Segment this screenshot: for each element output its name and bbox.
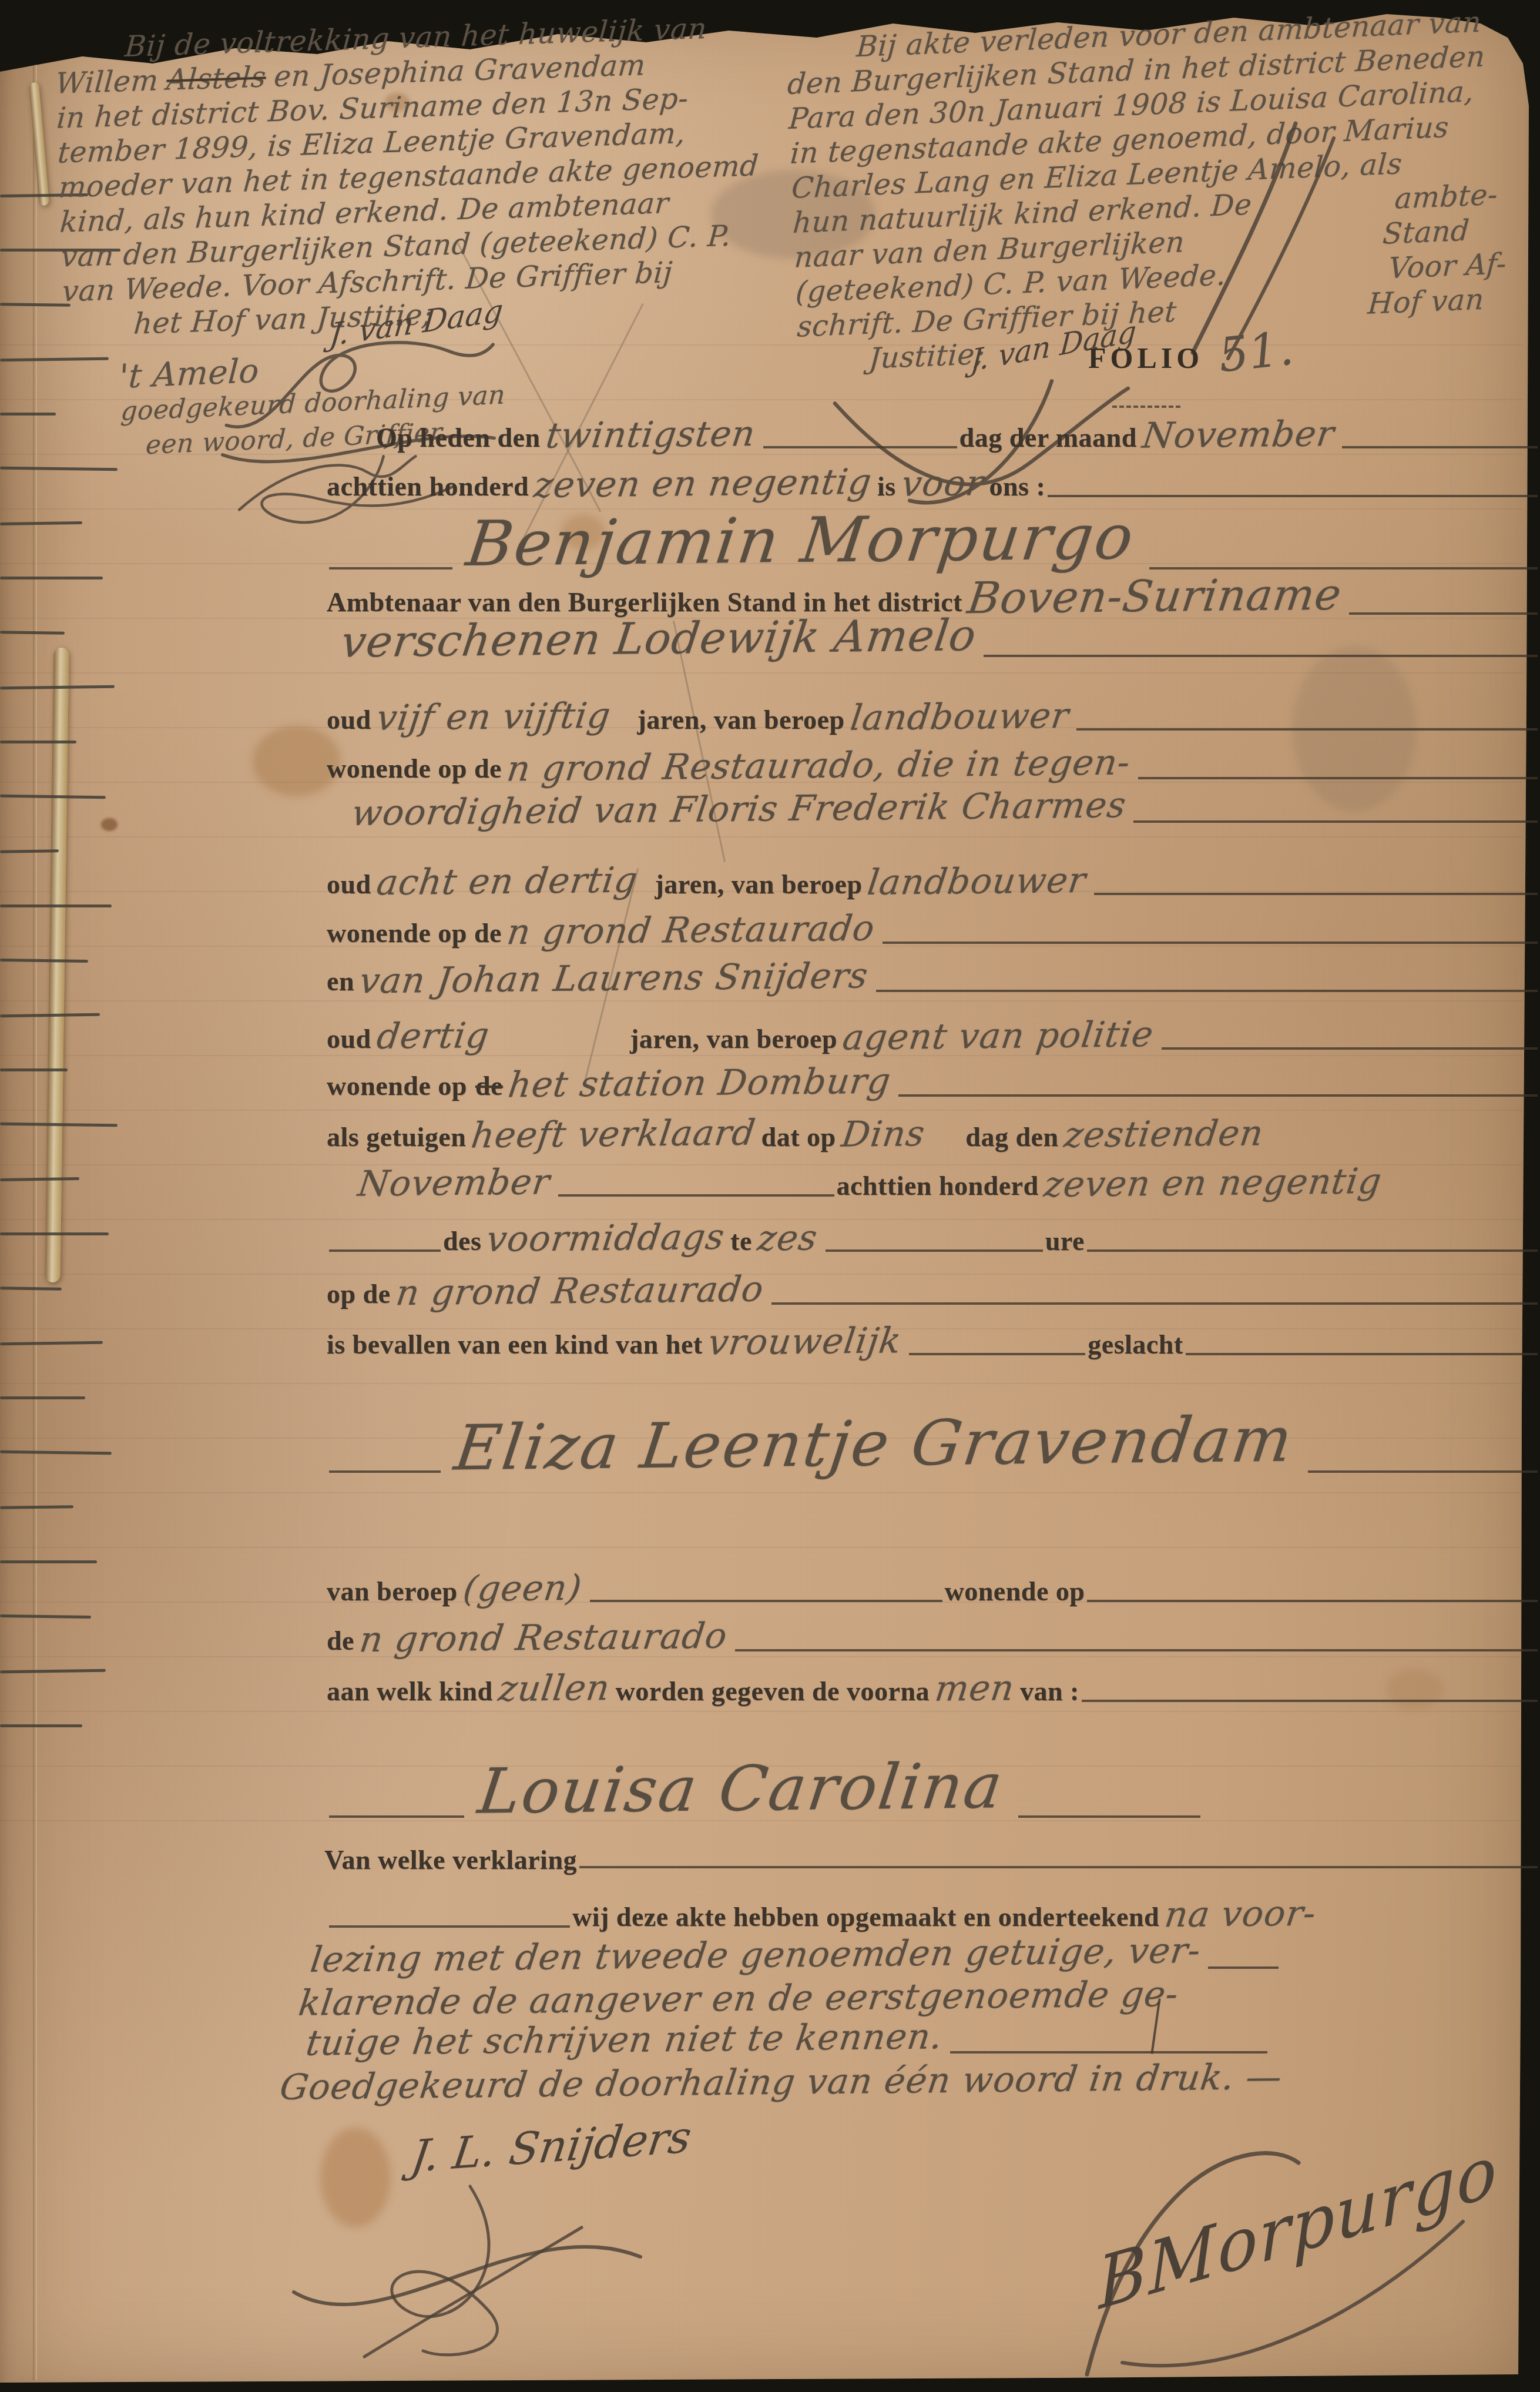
- printed-text: dat op: [761, 1121, 836, 1153]
- form-rule: [579, 1866, 1538, 1868]
- form-rule: [1308, 1470, 1538, 1473]
- form-rule: [558, 1194, 834, 1197]
- printed-text: jaren, van beroep: [630, 1023, 837, 1054]
- struck-printed-word: de: [475, 1070, 503, 1101]
- child-given-names: Louisa Carolina: [461, 1750, 1021, 1828]
- handwritten-entry: voor: [893, 463, 992, 505]
- act-line-witness-1: woordigheid van Floris Frederik Charmes: [347, 789, 1540, 830]
- form-rule: [1342, 446, 1538, 448]
- handwritten-entry: acht en dertig: [368, 860, 646, 904]
- act-line-mother-occupation: van beroep (geen) wonende op: [327, 1568, 1540, 1609]
- printed-text: van beroep: [327, 1576, 458, 1607]
- form-rule: [1186, 1353, 1538, 1355]
- printed-text: oud: [327, 704, 371, 735]
- stitch-line: [0, 1068, 68, 1071]
- form-rule: [590, 1600, 942, 1602]
- printed-text: Van welke verklaring: [324, 1844, 577, 1875]
- act-line-registrar-name: Benjamin Morpurgo: [327, 504, 1540, 577]
- printed-text: worden gegeven de voorna: [615, 1676, 930, 1707]
- form-rule: [329, 1925, 570, 1928]
- act-line-sex: is bevallen van een kind van het vrouwel…: [327, 1321, 1540, 1362]
- handwritten-entry: zullen: [490, 1667, 618, 1710]
- handwritten-text: ambte-: [1394, 177, 1499, 216]
- stitch-line: [0, 741, 76, 743]
- handwritten-entry: n grond Restaurado, die in tegen-: [499, 742, 1139, 789]
- printed-text: oud: [327, 1023, 371, 1054]
- printed-text: jaren, van beroep: [637, 704, 844, 735]
- registrar-signature-flourish: [1052, 2128, 1498, 2386]
- form-rule: [771, 1302, 1538, 1305]
- handwritten-entry: November: [350, 1161, 558, 1205]
- act-line-age-3: oud dertig jaren, van beroep agent van p…: [327, 1016, 1540, 1057]
- form-rule: [984, 655, 1538, 657]
- form-rule: [763, 446, 957, 448]
- act-line-given-names-intro: aan welk kind zullen worden gegeven de v…: [327, 1668, 1540, 1709]
- struck-through-word: Alstels: [165, 59, 267, 97]
- fox-spot: [101, 818, 118, 831]
- form-rule: [329, 1470, 441, 1473]
- form-rule: [1048, 495, 1538, 497]
- stitch-line: [0, 1232, 109, 1235]
- act-line-declaration: als getuigen heeft verklaard dat op Dins…: [327, 1114, 1540, 1155]
- form-rule: [1076, 728, 1538, 731]
- margin-note-1908-recognition: Bij akte verleden voor den ambtenaar van…: [786, 3, 1528, 378]
- act-line-child-names: Louisa Carolina: [327, 1753, 1540, 1825]
- act-line-closing-hw-2: klarende de aangever en de eerstgenoemde…: [294, 1978, 1540, 2019]
- margin-note-1899-recognition: Bij de voltrekking van het huwelijk van …: [54, 8, 798, 343]
- form-rule: [1087, 1600, 1538, 1602]
- act-line-birth-place: op de n grond Restaurado: [327, 1271, 1540, 1312]
- form-rule: [1087, 1249, 1538, 1252]
- printed-text: wonende op de: [327, 917, 502, 949]
- handwritten-entry: zeven en negentig: [526, 461, 880, 506]
- printed-text: van :: [1020, 1676, 1079, 1707]
- handwritten-entry: dertig: [368, 1015, 498, 1057]
- handwritten-text: lezing met den tweede genoemden getuige,…: [302, 1930, 1209, 1981]
- handwritten-text: Hof van: [1367, 282, 1485, 321]
- handwritten-entry: twintigsten: [538, 413, 764, 457]
- folio-number: FOLIO 51.: [1088, 324, 1293, 379]
- printed-text: aan welk kind: [327, 1676, 493, 1707]
- form-rule: [1133, 820, 1538, 823]
- folio-underline: [1112, 406, 1180, 408]
- form-rule: [1162, 1047, 1538, 1050]
- printed-text: wij deze akte hebben opgemaakt en ondert…: [572, 1901, 1159, 1932]
- photo-of-register-page: Bij de voltrekking van het huwelijk van …: [0, 0, 1540, 2392]
- act-line-birth-month: November achttien honderd zeven en negen…: [353, 1163, 1540, 1204]
- handwritten-entry: landbouwer: [842, 695, 1077, 739]
- mother-name: Eliza Leentje Gravendam: [438, 1403, 1311, 1484]
- printed-text: dag den: [965, 1121, 1058, 1153]
- printed-text: en: [327, 966, 354, 997]
- witness-signature-flourish: [276, 2175, 676, 2368]
- handwritten-entry: zeven en negentig: [1036, 1161, 1390, 1205]
- form-rule: [909, 1353, 1085, 1355]
- act-line-closing-hw-3: tuige het schrijven niet te kennen.: [301, 2019, 1540, 2061]
- handwritten-entry: November: [1134, 413, 1343, 457]
- stitch-line: [0, 1724, 82, 1727]
- handwritten-entry: vrouwelijk: [700, 1320, 910, 1363]
- printed-text: oud: [327, 869, 371, 900]
- vertical-fold-crease: [33, 65, 37, 2380]
- handwritten-text: Voor Af-: [1387, 246, 1507, 286]
- act-line-declarant: verschenen Lodewijk Amelo: [336, 614, 1540, 664]
- handwritten-entry: vijf en vijftig: [368, 695, 619, 739]
- handwritten-text: 't Amelo: [118, 354, 260, 395]
- handwritten-text: Stand: [1381, 213, 1471, 252]
- declarant-name: verschenen Lodewijk Amelo: [333, 610, 985, 667]
- form-rule: [1082, 1700, 1538, 1702]
- form-rule: [826, 1249, 1043, 1252]
- act-line-date: Op heden den twintigsten dag der maand N…: [376, 414, 1540, 455]
- form-rule: [1138, 777, 1538, 779]
- act-line-residence-1: wonende op de n grond Restaurado, die in…: [327, 745, 1540, 786]
- act-line-residence-2: wonende op de n grond Restaurado: [327, 910, 1540, 951]
- printed-text: jaren, van beroep: [655, 869, 862, 900]
- act-line-witness-2: en van Johan Laurens Snijders: [327, 958, 1540, 999]
- registrar-name: Benjamin Morpurgo: [449, 501, 1152, 580]
- printed-text: geslacht: [1088, 1329, 1183, 1360]
- handwritten-entry: na voor-: [1156, 1893, 1324, 1936]
- form-rule: [1208, 1966, 1279, 1969]
- printed-text: achttien honderd: [837, 1170, 1039, 1201]
- handwritten-entry: voormiddags: [479, 1217, 733, 1260]
- printed-text: op de: [327, 1278, 391, 1309]
- handwritten-text: klarende de aangever en de eerstgenoemde…: [290, 1974, 1187, 2024]
- handwritten-entry: men: [927, 1667, 1022, 1710]
- printed-text: te: [730, 1225, 752, 1257]
- handwritten-entry: Dins: [833, 1113, 933, 1155]
- form-rule: [1094, 893, 1538, 895]
- printed-text: is: [877, 471, 896, 502]
- folio-label: FOLIO: [1088, 341, 1203, 375]
- printed-text: is bevallen van een kind van het: [327, 1329, 703, 1360]
- printed-text: de: [327, 1625, 354, 1656]
- act-line-residence-3: wonende op de het station Domburg: [327, 1063, 1540, 1104]
- stitch-line: [0, 1560, 97, 1563]
- witness-name: van Johan Laurens Snijders: [351, 955, 877, 1001]
- printed-text: dag der maand: [959, 422, 1137, 453]
- handwritten-text: tuige het schrijven niet te kennen.: [298, 2016, 951, 2064]
- act-line-year: achttien honderd zeven en negentig is vo…: [327, 463, 1540, 504]
- handwritten-entry: zes: [749, 1217, 826, 1259]
- printed-text: als getuigen: [327, 1121, 466, 1153]
- handwritten-text: Goedgekeurd de doorhaling van één woord …: [271, 2056, 1290, 2108]
- stitch-line: [0, 1396, 85, 1399]
- printed-text: ure: [1045, 1225, 1085, 1257]
- handwritten-entry: (geen): [455, 1567, 590, 1610]
- act-line-closing: wij deze akte hebben opgemaakt en ondert…: [327, 1894, 1540, 1935]
- form-rule: [1018, 1815, 1200, 1818]
- form-rule: [329, 1249, 441, 1252]
- stitch-line: [0, 413, 56, 416]
- handwritten-entry: heeft verklaard: [463, 1112, 764, 1156]
- printed-text: wonende op: [945, 1576, 1085, 1607]
- printed-text: wonende op: [327, 1070, 467, 1101]
- handwritten-text: Willem: [55, 63, 160, 101]
- printed-text: achttien honderd: [327, 471, 529, 502]
- printed-text: wonende op de: [327, 753, 502, 784]
- act-line-closing-intro: Van welke verklaring: [324, 1844, 1540, 1875]
- printed-text: Op heden den: [376, 422, 541, 453]
- form-rule: [950, 2051, 1267, 2053]
- stitch-line: [0, 904, 112, 907]
- act-line-approval-note: Goedgekeurd de doorhaling van één woord …: [275, 2062, 1540, 2103]
- form-rule: [329, 567, 452, 569]
- act-line-closing-hw-1: lezing met den tweede genoemden getuige,…: [306, 1935, 1540, 1976]
- form-rule: [735, 1649, 1538, 1651]
- folio-handwritten-number: 51.: [1216, 321, 1296, 383]
- printed-text: ons :: [989, 471, 1046, 502]
- handwritten-entry: n grond Restaurado: [351, 1616, 736, 1661]
- act-line-age-1: oud vijf en vijftig jaren, van beroep la…: [327, 696, 1540, 738]
- witness-name: woordigheid van Floris Frederik Charmes: [344, 785, 1135, 834]
- form-rule: [876, 990, 1538, 992]
- handwritten-entry: zestienden: [1056, 1113, 1272, 1156]
- act-line-age-2: oud acht en dertig jaren, van beroep lan…: [327, 861, 1540, 902]
- printed-text: des: [443, 1225, 481, 1257]
- form-rule: [329, 1815, 464, 1818]
- act-line-mother-name: Eliza Leentje Gravendam: [327, 1408, 1540, 1480]
- form-rule: [898, 1094, 1538, 1097]
- act-line-birth-hour: des voormiddags te zes ure: [327, 1218, 1540, 1259]
- handwritten-entry: het station Domburg: [500, 1060, 899, 1105]
- stitch-line: [0, 577, 103, 579]
- act-line-mother-residence: de n grond Restaurado: [327, 1617, 1540, 1659]
- handwritten-entry: agent van politie: [834, 1014, 1162, 1058]
- handwritten-entry: n grond Restaurado: [388, 1269, 772, 1314]
- handwritten-entry: landbouwer: [860, 860, 1095, 903]
- form-rule: [883, 942, 1538, 944]
- handwritten-entry: n grond Restaurado: [499, 908, 883, 953]
